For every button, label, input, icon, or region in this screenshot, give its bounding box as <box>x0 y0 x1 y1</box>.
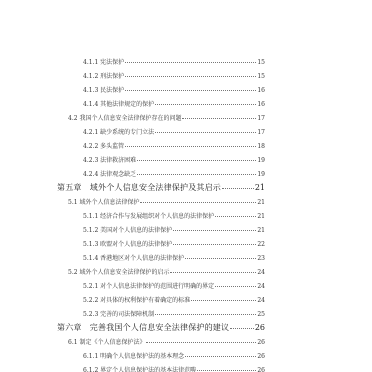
toc-entry-page: 16 <box>257 87 265 94</box>
toc-entry[interactable]: 4.2.3 法律救济困难19 <box>83 155 265 164</box>
toc-entry-page: 25 <box>257 311 265 318</box>
toc-entry[interactable]: 第五章 域外个人信息安全法律保护及其启示21 <box>57 182 265 193</box>
toc-entry[interactable]: 4.1.3 民法保护16 <box>83 85 265 94</box>
toc-entry-label: 6.1.1 明确个人信息保护法的基本理念 <box>83 351 184 360</box>
toc-entry-page: 22 <box>257 241 265 248</box>
toc-entry-label: 5.2.2 对具体的权利保护有着确定的标准 <box>83 295 190 304</box>
toc-entry-label: 4.1.3 民法保护 <box>83 85 124 94</box>
toc-entry-page: 24 <box>257 283 265 290</box>
toc-entry[interactable]: 5.1 域外个人信息法律保护21 <box>68 197 265 206</box>
toc-entry-label: 5.1.2 美国对个人信息的法律保护 <box>83 225 172 234</box>
toc-entry[interactable]: 4.1.4 其他法律规定的保护16 <box>83 99 265 108</box>
dot-leader <box>230 328 254 329</box>
toc-entry-label: 4.1.1 宪法保护 <box>83 57 124 66</box>
toc-entry[interactable]: 4.2.4 法律观念缺乏19 <box>83 169 265 178</box>
toc-entry-page: 26 <box>257 353 265 360</box>
toc-entry[interactable]: 5.2.2 对具体的权利保护有着确定的标准24 <box>83 295 265 304</box>
toc-entry-page: 23 <box>257 255 265 262</box>
dot-leader <box>137 174 256 175</box>
dot-leader <box>125 146 256 147</box>
toc-entry-label: 4.1.2 刑法保护 <box>83 71 124 80</box>
dot-leader <box>140 202 256 203</box>
toc-entry-label: 4.2.4 法律观念缺乏 <box>83 169 136 178</box>
toc-entry-label: 5.2 域外个人信息安全法律保护的启示 <box>68 267 169 276</box>
toc-entry-label: 6.1 制定《个人信息保护法》 <box>68 337 145 346</box>
toc-entry-label: 4.2.3 法律救济困难 <box>83 155 136 164</box>
dot-leader <box>125 90 256 91</box>
toc-entry-label: 5.2.1 对个人信息法律保护的范围进行明确的界定 <box>83 281 214 290</box>
dot-leader <box>155 132 256 133</box>
toc-entry[interactable]: 5.2 域外个人信息安全法律保护的启示24 <box>68 267 265 276</box>
toc-entry-label: 4.2.2 多头监管 <box>83 141 124 150</box>
toc-entry[interactable]: 4.2 我国个人信息安全法律保护存在的问题17 <box>68 113 265 122</box>
dot-leader <box>191 300 256 301</box>
dot-leader <box>146 342 256 343</box>
toc-entry-page: 26 <box>257 339 265 346</box>
toc-entry-label: 4.1.4 其他法律规定的保护 <box>83 99 154 108</box>
toc-entry-label: 5.1.4 香港地区对个人信息的法律保护 <box>83 253 184 262</box>
toc-entry-page: 21 <box>257 199 265 206</box>
toc-entry[interactable]: 4.1.1 宪法保护15 <box>83 57 265 66</box>
toc-entry-page: 15 <box>257 73 265 80</box>
dot-leader <box>173 244 256 245</box>
dot-leader <box>215 216 256 217</box>
toc-entry[interactable]: 6.1.1 明确个人信息保护法的基本理念26 <box>83 351 265 360</box>
toc-entry-label: 4.2.1 缺少系统的专门立法 <box>83 127 154 136</box>
toc-entry-page: 19 <box>257 157 265 164</box>
toc-entry[interactable]: 4.1.2 刑法保护15 <box>83 71 265 80</box>
toc-entry[interactable]: 4.2.2 多头监管18 <box>83 141 265 150</box>
toc-entry-page: 18 <box>257 143 265 150</box>
dot-leader <box>155 104 256 105</box>
toc-entry-label: 第六章 完善我国个人信息安全法律保护的建议 <box>57 322 229 333</box>
toc-entry-page: 21 <box>255 183 265 192</box>
toc-entry-page: 21 <box>257 213 265 220</box>
toc-entry[interactable]: 5.2.3 完善的司法保障机制25 <box>83 309 265 318</box>
dot-leader <box>125 62 256 63</box>
toc-entry-label: 5.2.3 完善的司法保障机制 <box>83 309 154 318</box>
toc-entry-page: 26 <box>255 323 265 332</box>
toc-entry-page: 24 <box>257 269 265 276</box>
dot-leader <box>155 314 256 315</box>
toc-entry-label: 5.1.1 经济合作与发展组织对个人信息的法律保护 <box>83 211 214 220</box>
dot-leader <box>173 230 256 231</box>
toc-entry-page: 24 <box>257 297 265 304</box>
toc-entry[interactable]: 5.2.1 对个人信息法律保护的范围进行明确的界定24 <box>83 281 265 290</box>
toc-entry[interactable]: 6.1 制定《个人信息保护法》26 <box>68 337 265 346</box>
dot-leader <box>170 272 256 273</box>
toc-entry[interactable]: 5.1.1 经济合作与发展组织对个人信息的法律保护21 <box>83 211 265 220</box>
toc-entry-page: 17 <box>257 115 265 122</box>
toc-entry-page: 19 <box>257 171 265 178</box>
toc-entry-page: 26 <box>257 367 265 372</box>
toc-entry[interactable]: 5.1.3 欧盟对个人信息的法律保护22 <box>83 239 265 248</box>
dot-leader <box>182 118 256 119</box>
toc-entry-page: 21 <box>257 227 265 234</box>
dot-leader <box>185 258 256 259</box>
toc-entry-label: 6.1.2 界定个人信息保护法的基本法律范畴 <box>83 365 196 372</box>
toc-entry-label: 5.1 域外个人信息法律保护 <box>68 197 139 206</box>
dot-leader <box>137 160 256 161</box>
toc-entry-label: 4.2 我国个人信息安全法律保护存在的问题 <box>68 113 181 122</box>
toc-entry[interactable]: 6.1.2 界定个人信息保护法的基本法律范畴26 <box>83 365 265 372</box>
toc-entry-page: 17 <box>257 129 265 136</box>
dot-leader <box>185 356 256 357</box>
toc-entry[interactable]: 4.2.1 缺少系统的专门立法17 <box>83 127 265 136</box>
dot-leader <box>215 286 256 287</box>
toc-entry[interactable]: 5.1.4 香港地区对个人信息的法律保护23 <box>83 253 265 262</box>
toc-entry-label: 5.1.3 欧盟对个人信息的法律保护 <box>83 239 172 248</box>
dot-leader <box>197 370 256 371</box>
toc-entry-page: 15 <box>257 59 265 66</box>
toc-entry-label: 第五章 域外个人信息安全法律保护及其启示 <box>57 182 221 193</box>
toc-entry[interactable]: 5.1.2 美国对个人信息的法律保护21 <box>83 225 265 234</box>
dot-leader <box>222 188 254 189</box>
toc-entry-page: 16 <box>257 101 265 108</box>
toc-entry[interactable]: 第六章 完善我国个人信息安全法律保护的建议26 <box>57 322 265 333</box>
dot-leader <box>125 76 256 77</box>
